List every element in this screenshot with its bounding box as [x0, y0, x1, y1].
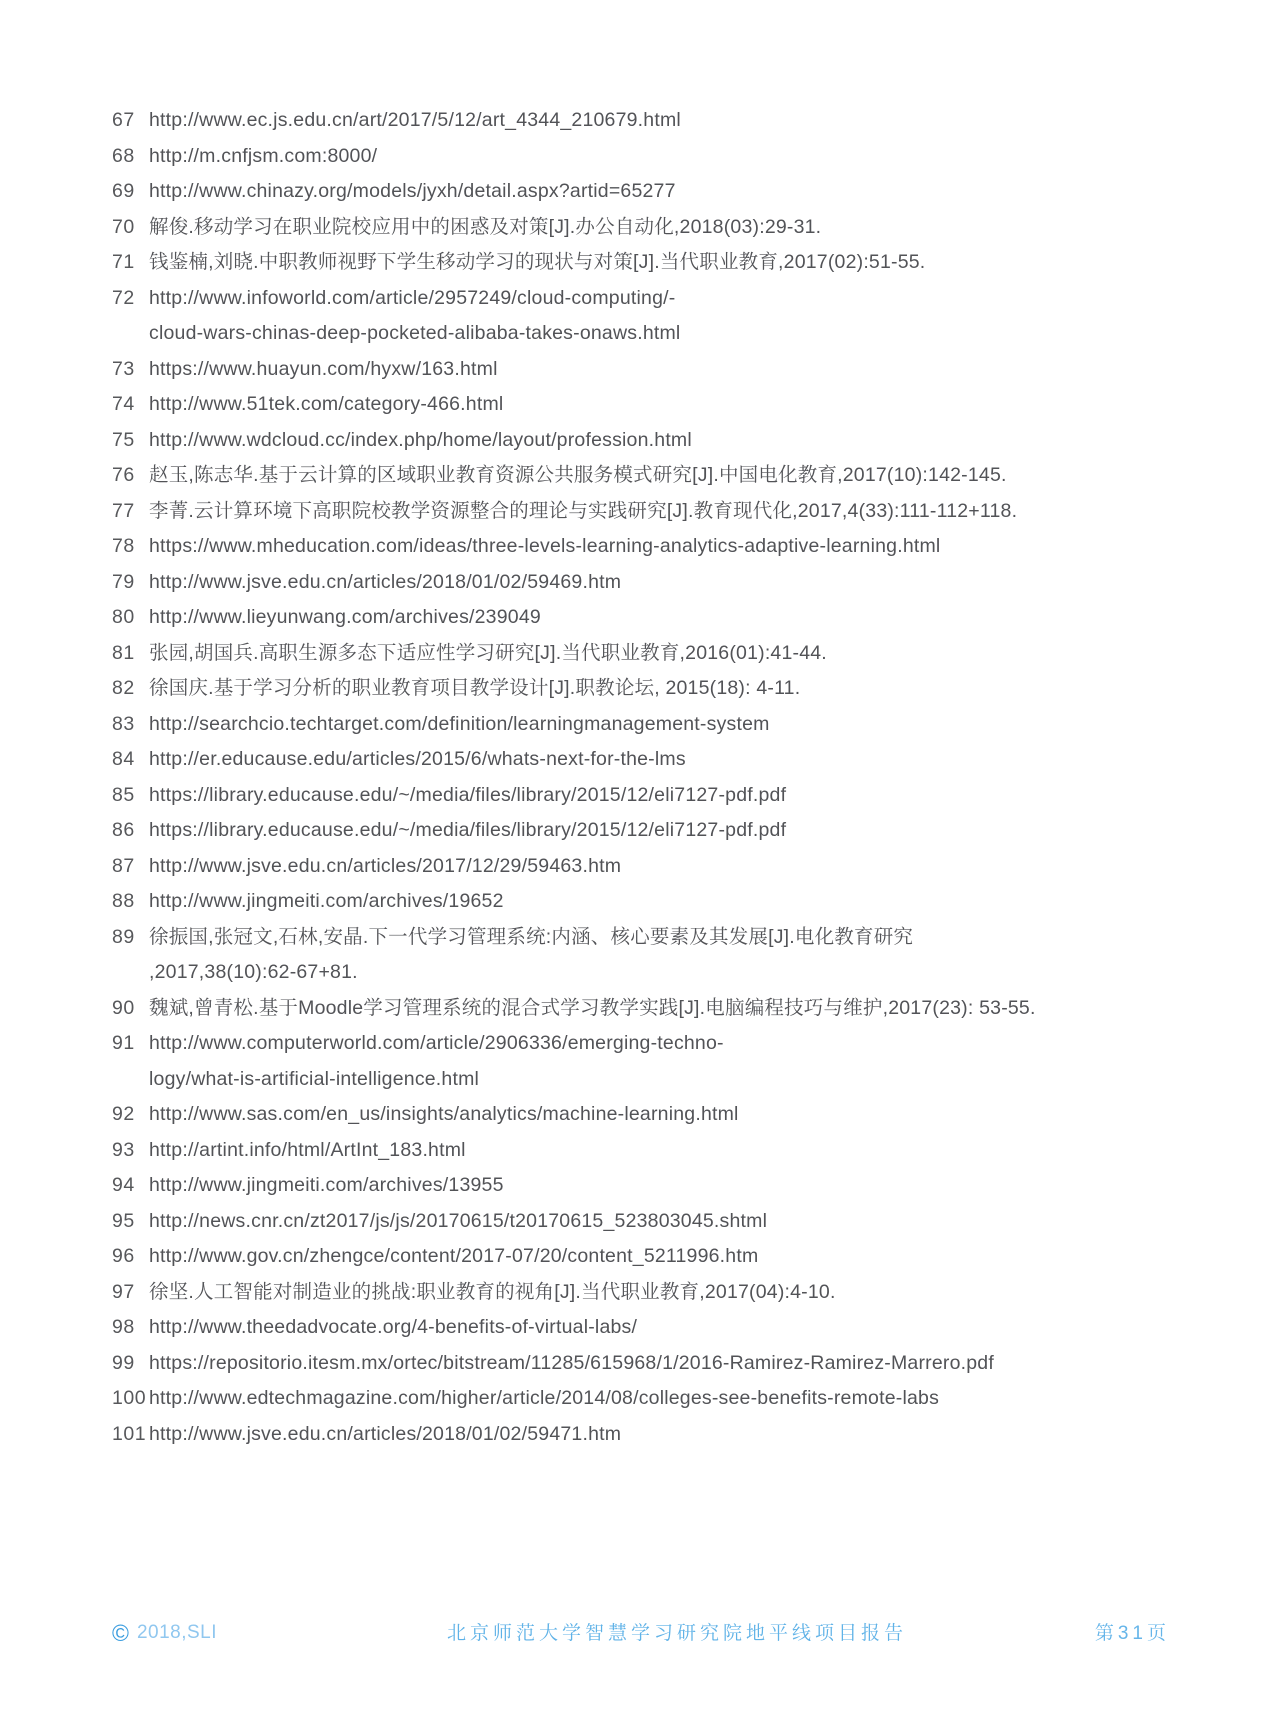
reference-number: 77: [112, 494, 149, 530]
reference-number: 80: [112, 600, 149, 636]
reference-item: 67http://www.ec.js.edu.cn/art/2017/5/12/…: [112, 103, 1226, 139]
reference-line: ,2017,38(10):62-67+81.: [149, 955, 1226, 991]
reference-item: 87http://www.jsve.edu.cn/articles/2017/1…: [112, 849, 1226, 885]
reference-line: http://www.theedadvocate.org/4-benefits-…: [149, 1310, 1226, 1346]
reference-number: 67: [112, 103, 149, 139]
reference-number: 90: [112, 991, 149, 1027]
reference-text: https://www.huayun.com/hyxw/163.html: [149, 352, 1226, 388]
reference-number: 95: [112, 1204, 149, 1240]
reference-number: 89: [112, 920, 149, 956]
reference-line: 魏斌,曾青松.基于Moodle学习管理系统的混合式学习教学实践[J].电脑编程技…: [149, 991, 1226, 1027]
reference-number: 83: [112, 707, 149, 743]
reference-line: http://www.edtechmagazine.com/higher/art…: [149, 1381, 1226, 1417]
reference-text: 钱鉴楠,刘晓.中职教师视野下学生移动学习的现状与对策[J].当代职业教育,201…: [149, 245, 1226, 281]
reference-item: 82徐国庆.基于学习分析的职业教育项目教学设计[J].职教论坛, 2015(18…: [112, 671, 1226, 707]
reference-line: 李菁.云计算环境下高职院校教学资源整合的理论与实践研究[J].教育现代化,201…: [149, 494, 1226, 530]
reference-number: 97: [112, 1275, 149, 1311]
reference-number: 88: [112, 884, 149, 920]
reference-item: 88http://www.jingmeiti.com/archives/1965…: [112, 884, 1226, 920]
reference-line: https://repositorio.itesm.mx/ortec/bitst…: [149, 1346, 1226, 1382]
reference-item: 79http://www.jsve.edu.cn/articles/2018/0…: [112, 565, 1226, 601]
reference-item: 74http://www.51tek.com/category-466.html: [112, 387, 1226, 423]
reference-line: 赵玉,陈志华.基于云计算的区域职业教育资源公共服务模式研究[J].中国电化教育,…: [149, 458, 1226, 494]
reference-number: 96: [112, 1239, 149, 1275]
reference-number: 84: [112, 742, 149, 778]
reference-number: 82: [112, 671, 149, 707]
reference-item: 92http://www.sas.com/en_us/insights/anal…: [112, 1097, 1226, 1133]
reference-item: 96http://www.gov.cn/zhengce/content/2017…: [112, 1239, 1226, 1275]
reference-number: 94: [112, 1168, 149, 1204]
reference-item: 75http://www.wdcloud.cc/index.php/home/l…: [112, 423, 1226, 459]
reference-text: 徐振国,张冠文,石林,安晶.下一代学习管理系统:内涵、核心要素及其发展[J].电…: [149, 920, 1226, 991]
reference-item: 101http://www.jsve.edu.cn/articles/2018/…: [112, 1417, 1226, 1453]
reference-item: 77李菁.云计算环境下高职院校教学资源整合的理论与实践研究[J].教育现代化,2…: [112, 494, 1226, 530]
reference-item: 71钱鉴楠,刘晓.中职教师视野下学生移动学习的现状与对策[J].当代职业教育,2…: [112, 245, 1226, 281]
reference-line: http://www.ec.js.edu.cn/art/2017/5/12/ar…: [149, 103, 1226, 139]
reference-line: https://library.educause.edu/~/media/fil…: [149, 778, 1226, 814]
reference-text: 李菁.云计算环境下高职院校教学资源整合的理论与实践研究[J].教育现代化,201…: [149, 494, 1226, 530]
reference-number: 69: [112, 174, 149, 210]
document-page: 67http://www.ec.js.edu.cn/art/2017/5/12/…: [0, 0, 1276, 1718]
reference-item: 70解俊.移动学习在职业院校应用中的困惑及对策[J].办公自动化,2018(03…: [112, 210, 1226, 246]
reference-item: 99https://repositorio.itesm.mx/ortec/bit…: [112, 1346, 1226, 1382]
reference-text: 徐国庆.基于学习分析的职业教育项目教学设计[J].职教论坛, 2015(18):…: [149, 671, 1226, 707]
page-footer: © 2018,SLI 北京师范大学智慧学习研究院地平线项目报告 第31页: [0, 1620, 1276, 1650]
reference-text: https://library.educause.edu/~/media/fil…: [149, 778, 1226, 814]
reference-item: 72http://www.infoworld.com/article/29572…: [112, 281, 1226, 352]
reference-item: 95http://news.cnr.cn/zt2017/js/js/201706…: [112, 1204, 1226, 1240]
reference-text: http://www.sas.com/en_us/insights/analyt…: [149, 1097, 1226, 1133]
reference-item: 81张园,胡国兵.高职生源多态下适应性学习研究[J].当代职业教育,2016(0…: [112, 636, 1226, 672]
reference-text: http://www.gov.cn/zhengce/content/2017-0…: [149, 1239, 1226, 1275]
reference-line: 钱鉴楠,刘晓.中职教师视野下学生移动学习的现状与对策[J].当代职业教育,201…: [149, 245, 1226, 281]
reference-line: http://www.jingmeiti.com/archives/19652: [149, 884, 1226, 920]
copyright-icon: ©: [112, 1620, 129, 1646]
reference-number: 79: [112, 565, 149, 601]
reference-line: 解俊.移动学习在职业院校应用中的困惑及对策[J].办公自动化,2018(03):…: [149, 210, 1226, 246]
reference-text: http://www.chinazy.org/models/jyxh/detai…: [149, 174, 1226, 210]
reference-item: 93http://artint.info/html/ArtInt_183.htm…: [112, 1133, 1226, 1169]
reference-line: http://www.infoworld.com/article/2957249…: [149, 281, 1226, 317]
reference-line: http://www.jsve.edu.cn/articles/2017/12/…: [149, 849, 1226, 885]
reference-item: 90魏斌,曾青松.基于Moodle学习管理系统的混合式学习教学实践[J].电脑编…: [112, 991, 1226, 1027]
reference-text: http://www.wdcloud.cc/index.php/home/lay…: [149, 423, 1226, 459]
reference-line: https://www.mheducation.com/ideas/three-…: [149, 529, 1226, 565]
reference-item: 91http://www.computerworld.com/article/2…: [112, 1026, 1226, 1097]
reference-line: http://artint.info/html/ArtInt_183.html: [149, 1133, 1226, 1169]
reference-text: http://www.jingmeiti.com/archives/19652: [149, 884, 1226, 920]
reference-number: 91: [112, 1026, 149, 1062]
reference-item: 69http://www.chinazy.org/models/jyxh/det…: [112, 174, 1226, 210]
reference-text: http://www.ec.js.edu.cn/art/2017/5/12/ar…: [149, 103, 1226, 139]
reference-line: http://www.gov.cn/zhengce/content/2017-0…: [149, 1239, 1226, 1275]
reference-item: 85https://library.educause.edu/~/media/f…: [112, 778, 1226, 814]
reference-text: http://www.infoworld.com/article/2957249…: [149, 281, 1226, 352]
reference-item: 100http://www.edtechmagazine.com/higher/…: [112, 1381, 1226, 1417]
reference-text: 魏斌,曾青松.基于Moodle学习管理系统的混合式学习教学实践[J].电脑编程技…: [149, 991, 1226, 1027]
reference-text: 徐坚.人工智能对制造业的挑战:职业教育的视角[J].当代职业教育,2017(04…: [149, 1275, 1226, 1311]
reference-item: 76赵玉,陈志华.基于云计算的区域职业教育资源公共服务模式研究[J].中国电化教…: [112, 458, 1226, 494]
reference-number: 76: [112, 458, 149, 494]
reference-line: https://www.huayun.com/hyxw/163.html: [149, 352, 1226, 388]
reference-item: 78https://www.mheducation.com/ideas/thre…: [112, 529, 1226, 565]
reference-line: http://www.computerworld.com/article/290…: [149, 1026, 1226, 1062]
reference-item: 97徐坚.人工智能对制造业的挑战:职业教育的视角[J].当代职业教育,2017(…: [112, 1275, 1226, 1311]
reference-line: 徐振国,张冠文,石林,安晶.下一代学习管理系统:内涵、核心要素及其发展[J].电…: [149, 920, 1226, 956]
reference-line: http://searchcio.techtarget.com/definiti…: [149, 707, 1226, 743]
reference-item: 94http://www.jingmeiti.com/archives/1395…: [112, 1168, 1226, 1204]
reference-number: 71: [112, 245, 149, 281]
reference-text: http://m.cnfjsm.com:8000/: [149, 139, 1226, 175]
reference-text: http://searchcio.techtarget.com/definiti…: [149, 707, 1226, 743]
reference-number: 74: [112, 387, 149, 423]
reference-text: http://news.cnr.cn/zt2017/js/js/20170615…: [149, 1204, 1226, 1240]
footer-copyright: © 2018,SLI: [112, 1620, 217, 1646]
reference-number: 75: [112, 423, 149, 459]
reference-line: http://www.lieyunwang.com/archives/23904…: [149, 600, 1226, 636]
reference-line: https://library.educause.edu/~/media/fil…: [149, 813, 1226, 849]
reference-line: 徐坚.人工智能对制造业的挑战:职业教育的视角[J].当代职业教育,2017(04…: [149, 1275, 1226, 1311]
reference-line: 徐国庆.基于学习分析的职业教育项目教学设计[J].职教论坛, 2015(18):…: [149, 671, 1226, 707]
reference-text: http://www.51tek.com/category-466.html: [149, 387, 1226, 423]
reference-line: http://www.51tek.com/category-466.html: [149, 387, 1226, 423]
reference-text: http://www.jsve.edu.cn/articles/2018/01/…: [149, 1417, 1226, 1453]
reference-line: http://www.wdcloud.cc/index.php/home/lay…: [149, 423, 1226, 459]
reference-number: 98: [112, 1310, 149, 1346]
reference-number: 81: [112, 636, 149, 672]
reference-line: http://www.jsve.edu.cn/articles/2018/01/…: [149, 565, 1226, 601]
reference-number: 93: [112, 1133, 149, 1169]
reference-item: 98http://www.theedadvocate.org/4-benefit…: [112, 1310, 1226, 1346]
reference-line: logy/what-is-artificial-intelligence.htm…: [149, 1062, 1226, 1098]
reference-text: https://library.educause.edu/~/media/fil…: [149, 813, 1226, 849]
reference-number: 87: [112, 849, 149, 885]
reference-text: https://www.mheducation.com/ideas/three-…: [149, 529, 1226, 565]
reference-line: cloud-wars-chinas-deep-pocketed-alibaba-…: [149, 316, 1226, 352]
reference-number: 73: [112, 352, 149, 388]
reference-text: 解俊.移动学习在职业院校应用中的困惑及对策[J].办公自动化,2018(03):…: [149, 210, 1226, 246]
reference-item: 83http://searchcio.techtarget.com/defini…: [112, 707, 1226, 743]
footer-page-number: 第31页: [1095, 1622, 1170, 1646]
footer-report-title: 北京师范大学智慧学习研究院地平线项目报告: [447, 1622, 907, 1646]
reference-line: http://www.chinazy.org/models/jyxh/detai…: [149, 174, 1226, 210]
reference-line: http://www.jsve.edu.cn/articles/2018/01/…: [149, 1417, 1226, 1453]
reference-number: 86: [112, 813, 149, 849]
reference-number: 99: [112, 1346, 149, 1382]
reference-text: http://www.edtechmagazine.com/higher/art…: [149, 1381, 1226, 1417]
reference-list: 67http://www.ec.js.edu.cn/art/2017/5/12/…: [112, 103, 1226, 1452]
reference-text: http://www.jsve.edu.cn/articles/2017/12/…: [149, 849, 1226, 885]
reference-item: 89徐振国,张冠文,石林,安晶.下一代学习管理系统:内涵、核心要素及其发展[J]…: [112, 920, 1226, 991]
reference-number: 100: [112, 1381, 149, 1417]
reference-item: 80http://www.lieyunwang.com/archives/239…: [112, 600, 1226, 636]
reference-text: http://www.computerworld.com/article/290…: [149, 1026, 1226, 1097]
reference-line: 张园,胡国兵.高职生源多态下适应性学习研究[J].当代职业教育,2016(01)…: [149, 636, 1226, 672]
reference-text: https://repositorio.itesm.mx/ortec/bitst…: [149, 1346, 1226, 1382]
reference-number: 68: [112, 139, 149, 175]
reference-line: http://m.cnfjsm.com:8000/: [149, 139, 1226, 175]
reference-text: http://www.jsve.edu.cn/articles/2018/01/…: [149, 565, 1226, 601]
reference-line: http://er.educause.edu/articles/2015/6/w…: [149, 742, 1226, 778]
reference-text: http://www.theedadvocate.org/4-benefits-…: [149, 1310, 1226, 1346]
reference-text: 赵玉,陈志华.基于云计算的区域职业教育资源公共服务模式研究[J].中国电化教育,…: [149, 458, 1226, 494]
reference-number: 70: [112, 210, 149, 246]
reference-item: 68http://m.cnfjsm.com:8000/: [112, 139, 1226, 175]
reference-line: http://www.sas.com/en_us/insights/analyt…: [149, 1097, 1226, 1133]
reference-line: http://news.cnr.cn/zt2017/js/js/20170615…: [149, 1204, 1226, 1240]
copyright-text: 2018,SLI: [137, 1620, 217, 1646]
reference-number: 92: [112, 1097, 149, 1133]
reference-number: 72: [112, 281, 149, 317]
reference-line: http://www.jingmeiti.com/archives/13955: [149, 1168, 1226, 1204]
reference-text: http://artint.info/html/ArtInt_183.html: [149, 1133, 1226, 1169]
reference-text: 张园,胡国兵.高职生源多态下适应性学习研究[J].当代职业教育,2016(01)…: [149, 636, 1226, 672]
reference-item: 86https://library.educause.edu/~/media/f…: [112, 813, 1226, 849]
reference-text: http://www.lieyunwang.com/archives/23904…: [149, 600, 1226, 636]
reference-number: 101: [112, 1417, 149, 1453]
reference-text: http://www.jingmeiti.com/archives/13955: [149, 1168, 1226, 1204]
reference-item: 73https://www.huayun.com/hyxw/163.html: [112, 352, 1226, 388]
reference-number: 85: [112, 778, 149, 814]
reference-text: http://er.educause.edu/articles/2015/6/w…: [149, 742, 1226, 778]
reference-number: 78: [112, 529, 149, 565]
reference-item: 84http://er.educause.edu/articles/2015/6…: [112, 742, 1226, 778]
